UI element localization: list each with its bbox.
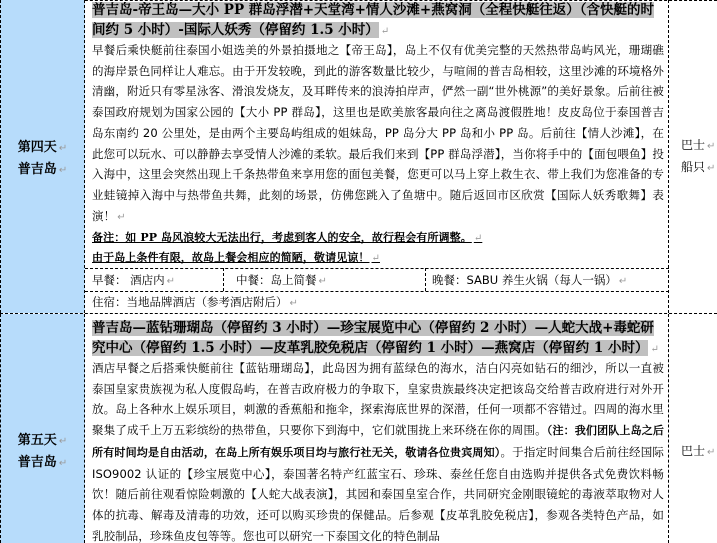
row-divider [85, 268, 669, 269]
meal-lunch: 中餐：岛上简餐↵ [236, 270, 327, 292]
day-title: 普吉岛-帝王岛—大小 PP 群岛浮潜+天堂湾+情人沙滩+燕窝洞（全程快艇往返）（… [92, 0, 662, 42]
day-number: 第五天 [18, 433, 57, 448]
day-description: 早餐后乘快艇前往泰国小姐选美的外景拍摄地之【帝王岛】，岛上不仅有优美完整的天然热… [92, 40, 664, 228]
cell-divider [425, 268, 426, 291]
meal-breakfast: 早餐： 酒店内↵ [92, 270, 175, 292]
day-description: 酒店早餐之后搭乘快艇前往【蓝钻珊瑚岛】，此岛因为拥有蓝绿色的海水，洁白闪亮如钻石… [92, 358, 664, 543]
cell-divider [223, 268, 224, 291]
day-cell [0, 314, 85, 543]
transport-cell: 巴士↵ [669, 441, 717, 463]
transport-cell: 巴士↵ 船只↵ [669, 135, 717, 179]
transport-bus: 巴士 [681, 138, 705, 152]
day-number: 第四天 [18, 140, 57, 155]
note-weather: 备注：如 PP 岛风浪较大无法出行，考虑到客人的安全，故行程会有所调整。↵ [92, 228, 664, 250]
day-location: 普吉岛 [18, 455, 57, 470]
day-title: 普吉岛—蓝钻珊瑚岛（停留约 3 小时）—珍宝展览中心（停留约 2 小时）—人蛇大… [92, 318, 662, 360]
accommodation: 住宿：当地品牌酒店（参考酒店附后）↵ [92, 292, 298, 314]
meal-dinner: 晚餐：SABU 养生火锅（每人一锅）↵ [432, 270, 627, 292]
transport-boat: 船只 [681, 160, 705, 174]
day-label: 第五天↵ 普吉岛↵ [0, 430, 85, 474]
day-location: 普吉岛 [18, 162, 57, 177]
day-label: 第四天↵ 普吉岛↵ [0, 137, 85, 181]
transport-bus: 巴士 [681, 444, 705, 458]
note-meals: 由于岛上条件有限，故岛上餐会相应的简陋，敬请见谅！↵ [92, 248, 664, 270]
